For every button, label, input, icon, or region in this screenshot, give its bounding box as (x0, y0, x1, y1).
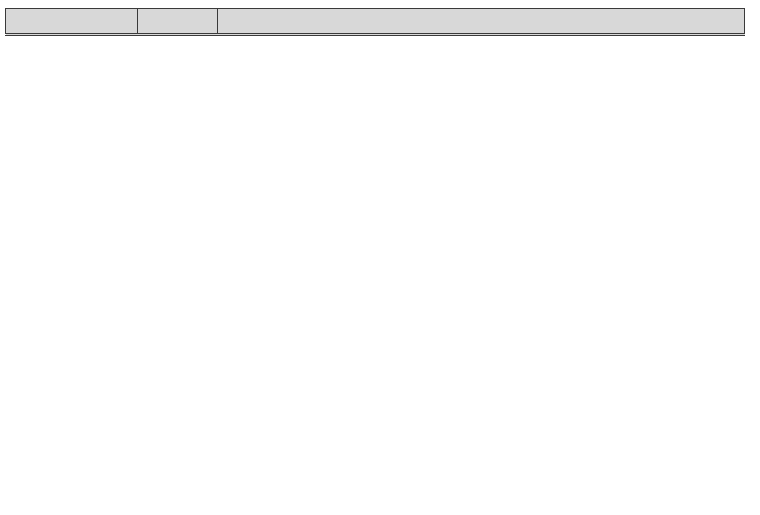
table-header-row (6, 9, 745, 35)
header-section (138, 9, 218, 35)
document-page (0, 0, 760, 515)
header-positions (218, 9, 745, 35)
header-department (6, 9, 138, 35)
org-table (5, 8, 745, 36)
